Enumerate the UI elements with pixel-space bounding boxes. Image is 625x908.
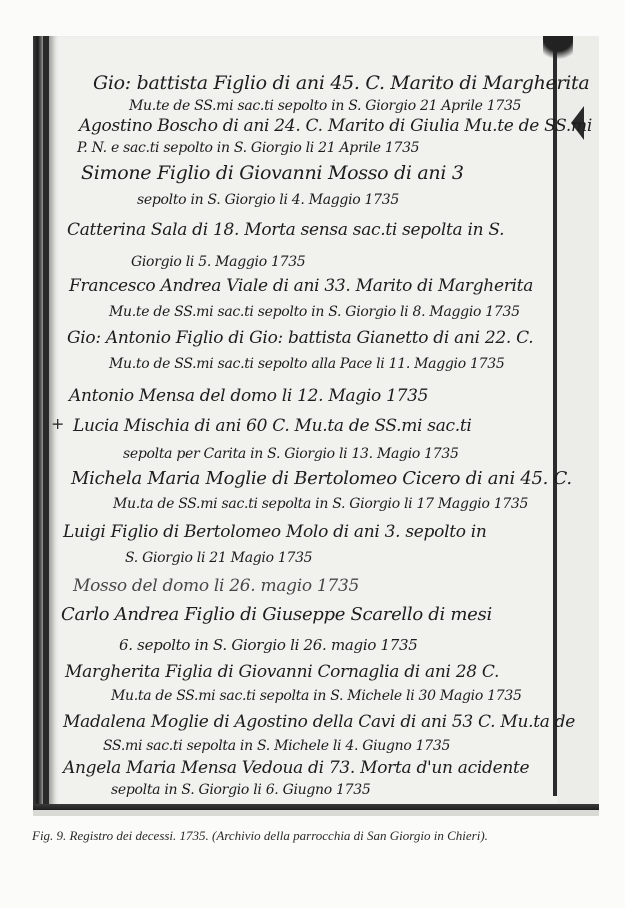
entry-continuation-line: sepolto in S. Giorgio li 4. Maggio 1735 bbox=[137, 192, 399, 208]
entry-main-line: Simone Figlio di Giovanni Mosso di ani 3 bbox=[81, 162, 464, 184]
entry-continuation-line: SS.mi sac.ti sepolta in S. Michele li 4.… bbox=[103, 738, 450, 754]
entry-main-line: Antonio Mensa del domo li 12. Magio 1735 bbox=[69, 386, 428, 406]
entry-main-line: Gio: battista Figlio di ani 45. C. Marit… bbox=[93, 72, 589, 94]
entry-main-line: Angela Maria Mensa Vedoua di 73. Morta d… bbox=[63, 758, 529, 778]
register-entries: Gio: battista Figlio di ani 45. C. Marit… bbox=[33, 36, 599, 816]
figure-caption: Fig. 9. Registro dei decessi. 1735. (Arc… bbox=[32, 828, 512, 844]
entry-continuation-line: Mu.te de SS.mi sac.ti sepolto in S. Gior… bbox=[109, 304, 520, 320]
entry-continuation-line: sepolta in S. Giorgio li 6. Giugno 1735 bbox=[111, 782, 370, 798]
entry-main-line: Agostino Boscho di ani 24. C. Marito di … bbox=[79, 116, 592, 136]
entry-main-line: Luigi Figlio di Bertolomeo Molo di ani 3… bbox=[63, 522, 487, 542]
entry-main-line: Margherita Figlia di Giovanni Cornaglia … bbox=[65, 662, 499, 682]
entry-main-line: Lucia Mischia di ani 60 C. Mu.ta de SS.m… bbox=[73, 416, 472, 436]
entry-main-line: Madalena Moglie di Agostino della Cavi d… bbox=[63, 712, 575, 732]
entry-main-line: Gio: Antonio Figlio di Gio: battista Gia… bbox=[67, 328, 533, 348]
entry-continuation-line: Mu.ta de SS.mi sac.ti sepolta in S. Mich… bbox=[111, 688, 522, 704]
entry-main-line: Michela Maria Moglie di Bertolomeo Cicer… bbox=[71, 468, 572, 489]
entry-continuation-line: P. N. e sac.ti sepolto in S. Giorgio li … bbox=[77, 140, 419, 156]
cross-mark: + bbox=[51, 414, 64, 433]
entry-continuation-line: Giorgio li 5. Maggio 1735 bbox=[131, 254, 305, 270]
manuscript-photograph: Gio: battista Figlio di ani 45. C. Marit… bbox=[33, 36, 599, 816]
entry-main-line: Francesco Andrea Viale di ani 33. Marito… bbox=[69, 276, 533, 296]
entry-main-line: Carlo Andrea Figlio di Giuseppe Scarello… bbox=[61, 604, 492, 625]
entry-continuation-line: Mu.ta de SS.mi sac.ti sepolta in S. Gior… bbox=[113, 496, 528, 512]
entry-continuation-line: Mu.to de SS.mi sac.ti sepolto alla Pace … bbox=[109, 356, 504, 372]
entry-continuation-line: 6. sepolto in S. Giorgio li 26. magio 17… bbox=[119, 636, 418, 654]
entry-main-line: Catterina Sala di 18. Morta sensa sac.ti… bbox=[67, 220, 504, 240]
entry-continuation-line: Mu.te de SS.mi sac.ti sepolto in S. Gior… bbox=[129, 98, 521, 114]
entry-continuation-line: sepolta per Carita in S. Giorgio li 13. … bbox=[123, 446, 459, 462]
entry-main-line: Mosso del domo li 26. magio 1735 bbox=[73, 576, 359, 596]
entry-continuation-line: S. Giorgio li 21 Magio 1735 bbox=[125, 550, 312, 566]
